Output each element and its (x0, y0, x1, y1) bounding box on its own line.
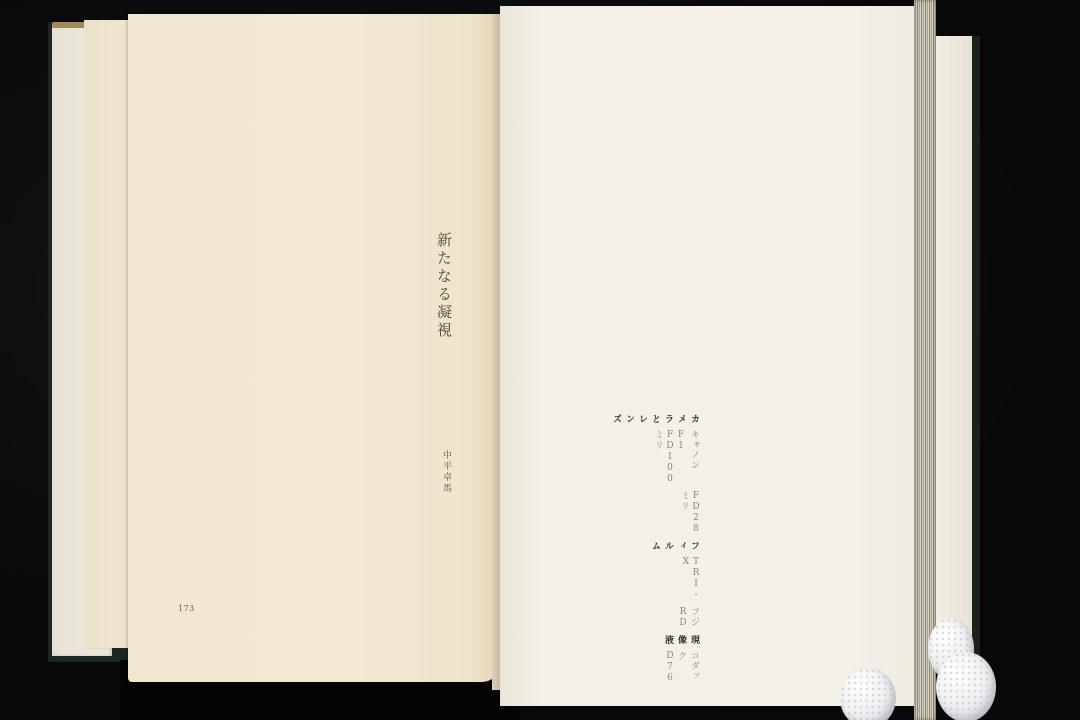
white-glove-hand (832, 612, 1002, 720)
endpaper-right (934, 36, 972, 666)
credit-line: TRI-X (610, 557, 701, 601)
credit-developer: 現像液 コダックD76 (610, 635, 701, 684)
underlying-page-left (84, 20, 134, 648)
credit-heading: 現像液 (610, 635, 701, 645)
author-name: 中平卓馬 (440, 450, 453, 494)
left-page (128, 14, 500, 682)
glove-finger (840, 668, 896, 720)
glove-finger (936, 652, 996, 720)
credit-line: フジRD (610, 607, 701, 629)
credit-camera-lens: カメラとレンズ キャノンF1 FD100ミリ FD28ミリ (610, 414, 701, 535)
credit-line: キャノンF1 FD100ミリ (610, 430, 701, 485)
credit-heading: フィルム (610, 541, 701, 551)
page-number: 173 (178, 604, 195, 613)
chapter-title: 新たなる凝視 (434, 232, 455, 340)
right-page (500, 6, 920, 706)
credit-film: フィルム TRI-X フジRD (610, 541, 701, 629)
photo-credits: カメラとレンズ キャノンF1 FD100ミリ FD28ミリ フィルム TRI-X… (610, 414, 701, 574)
credit-heading: カメラとレンズ (610, 414, 701, 424)
book-photo-scene: 新たなる凝視 中平卓馬 もう既に五年以上前になるだろう。昭和五十二年九月中頃、私… (0, 0, 1080, 720)
credit-line: コダックD76 (610, 651, 701, 684)
credit-line: FD28ミリ (610, 491, 701, 535)
